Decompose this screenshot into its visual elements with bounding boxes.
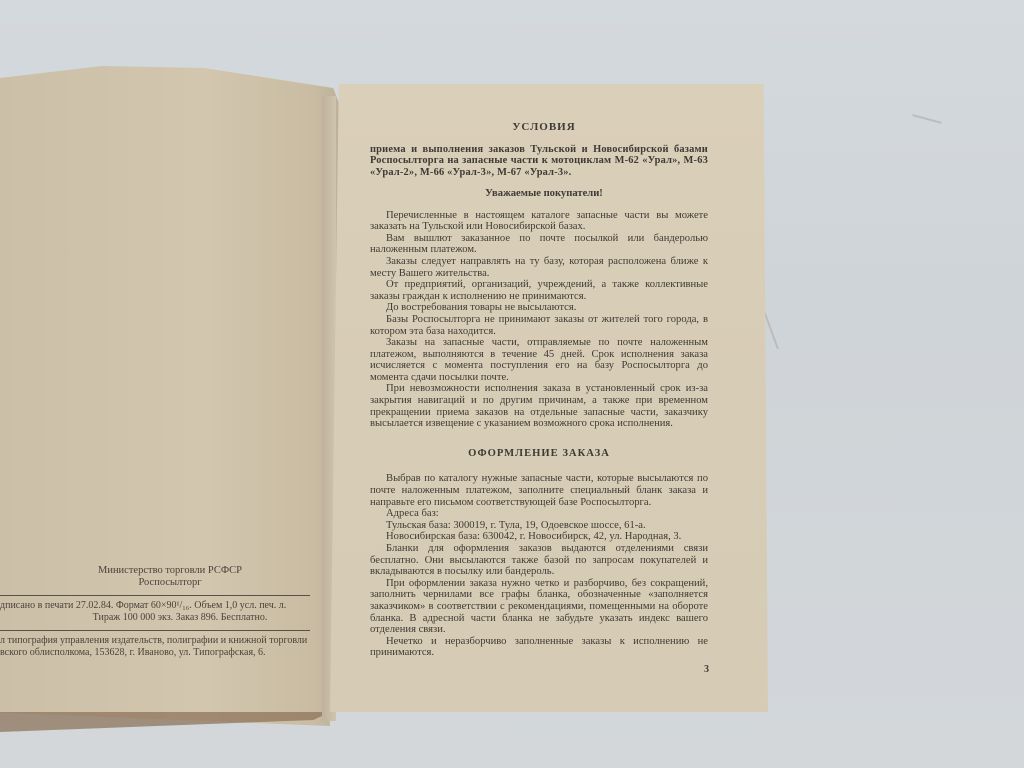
address-tula: Тульская база: 300019, г. Тула, 19, Одое…: [370, 520, 708, 532]
addresses-label: Адреса баз:: [370, 508, 708, 520]
publication-imprint: Министерство торговли РСФСР Роспосылторг…: [0, 565, 320, 659]
page-title: УСЛОВИЯ: [380, 122, 708, 134]
address-novosibirsk: Новосибирская база: 630042, г. Новосибир…: [370, 531, 708, 543]
paragraph: Вам вышлют заказанное по почте посылкой …: [370, 233, 708, 256]
imprint-printer-line2: вского облисполкома, 153628, г. Иваново,…: [0, 647, 320, 659]
imprint-printer-line1: л типография управления издательств, пол…: [0, 635, 320, 647]
imprint-organization: Роспосылторг: [20, 577, 320, 589]
greeting: Уважаемые покупатели!: [380, 188, 708, 200]
paragraph: Перечисленные в настоящем каталоге запас…: [370, 210, 708, 233]
surface-scratch: [763, 311, 779, 349]
paragraph: От предприятий, организаций, учреждений,…: [370, 279, 708, 302]
imprint-print-info: дписано в печати 27.02.84. Формат 60×90¹…: [0, 600, 320, 612]
imprint-circulation: Тираж 100 000 экз. Заказ 896. Бесплатно.: [40, 612, 320, 624]
imprint-divider: [0, 595, 310, 596]
paragraph: До востребования товары не высылаются.: [370, 302, 708, 314]
imprint-ministry: Министерство торговли РСФСР: [20, 565, 320, 577]
paragraph: Базы Роспосылторга не принимают заказы о…: [370, 314, 708, 337]
right-page-content: УСЛОВИЯ приема и выполнения заказов Туль…: [370, 122, 708, 659]
paragraph: Выбрав по каталогу нужные запасные части…: [370, 473, 708, 508]
paragraph: При невозможности исполнения заказа в ус…: [370, 383, 708, 429]
page-subtitle: приема и выполнения заказов Тульской и Н…: [370, 144, 708, 179]
page-number: 3: [704, 664, 709, 675]
surface-scratch: [912, 114, 941, 124]
paragraph: Заказы на запасные части, отправляемые п…: [370, 337, 708, 383]
paragraph: При оформлении заказа нужно четко и разб…: [370, 578, 708, 636]
paragraph: Бланки для оформления заказов выдаются о…: [370, 543, 708, 578]
paragraph: Заказы следует направлять на ту базу, ко…: [370, 256, 708, 279]
imprint-divider: [0, 630, 310, 631]
section-title: ОФОРМЛЕНИЕ ЗАКАЗА: [370, 448, 708, 460]
paragraph: Нечетко и неразборчиво заполненные заказ…: [370, 636, 708, 659]
